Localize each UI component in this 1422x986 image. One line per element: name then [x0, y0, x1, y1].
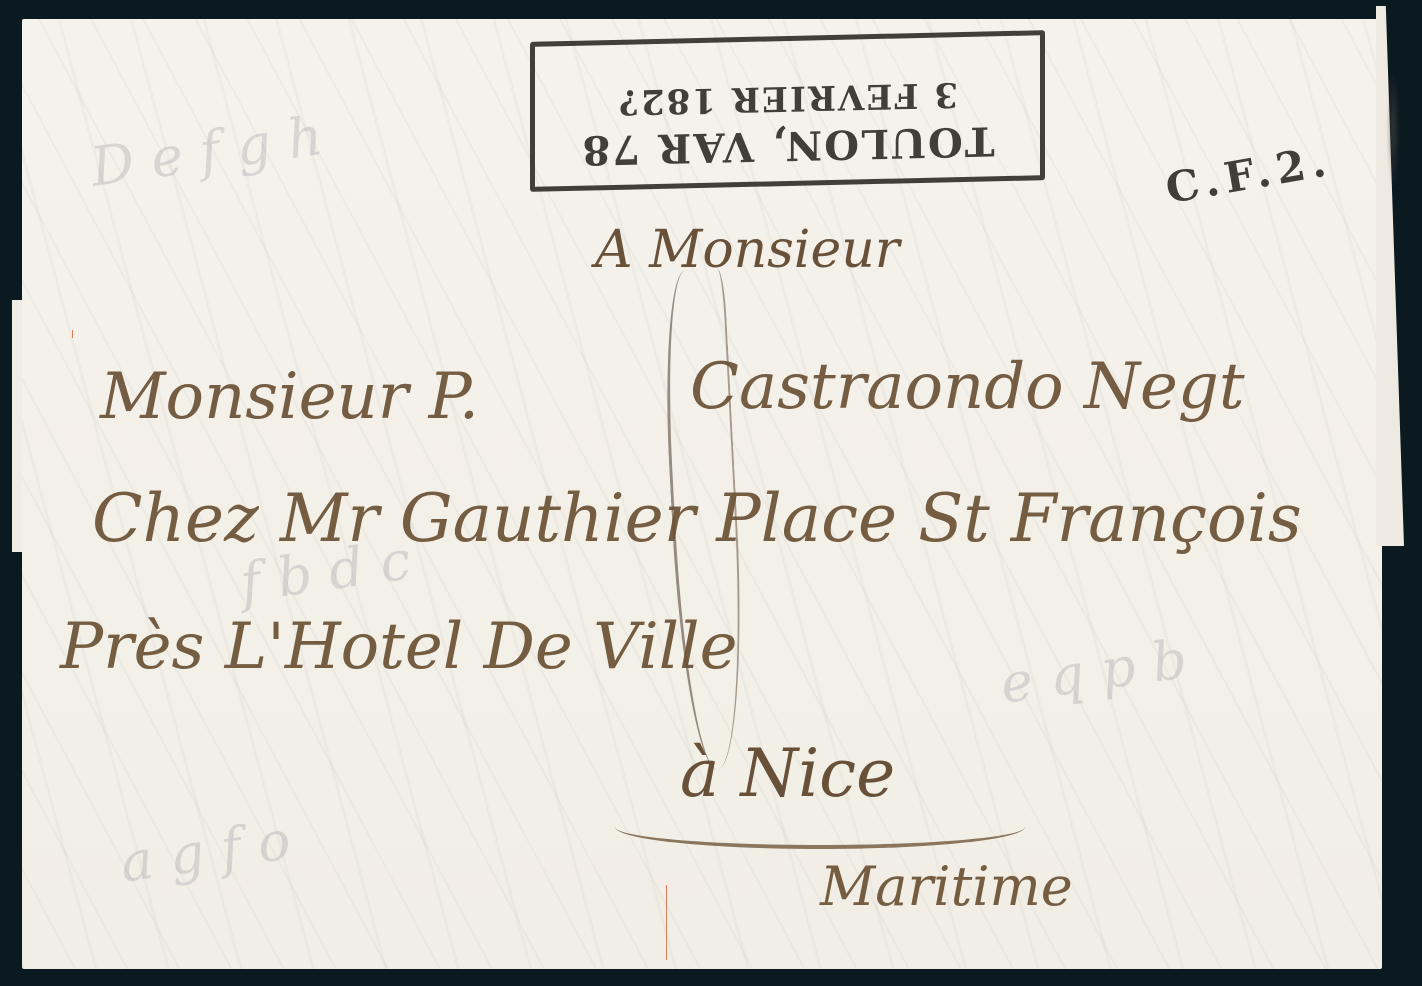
- address-greeting: A Monsieur: [595, 220, 900, 280]
- address-line1-surname: Castraondo Negt: [690, 350, 1245, 424]
- edge-stain: [1386, 70, 1400, 190]
- address-line1-name: Monsieur P.: [100, 360, 479, 434]
- address-line2: Chez Mr Gauthier Place St François: [92, 480, 1302, 557]
- address-line3: Près L'Hotel De Ville: [60, 610, 737, 684]
- address-city: à Nice: [680, 735, 895, 812]
- city-underline-flourish: [615, 805, 1025, 849]
- red-ink-mark: [72, 330, 73, 338]
- red-ink-mark: [666, 885, 667, 960]
- postmark-date: 3 FEVRIER 182?: [535, 72, 1040, 123]
- address-region: Maritime: [820, 855, 1073, 918]
- postmark-town: TOULON, VAR 78: [535, 116, 1040, 174]
- boxed-town-postmark: TOULON, VAR 78 3 FEVRIER 182?: [530, 30, 1045, 192]
